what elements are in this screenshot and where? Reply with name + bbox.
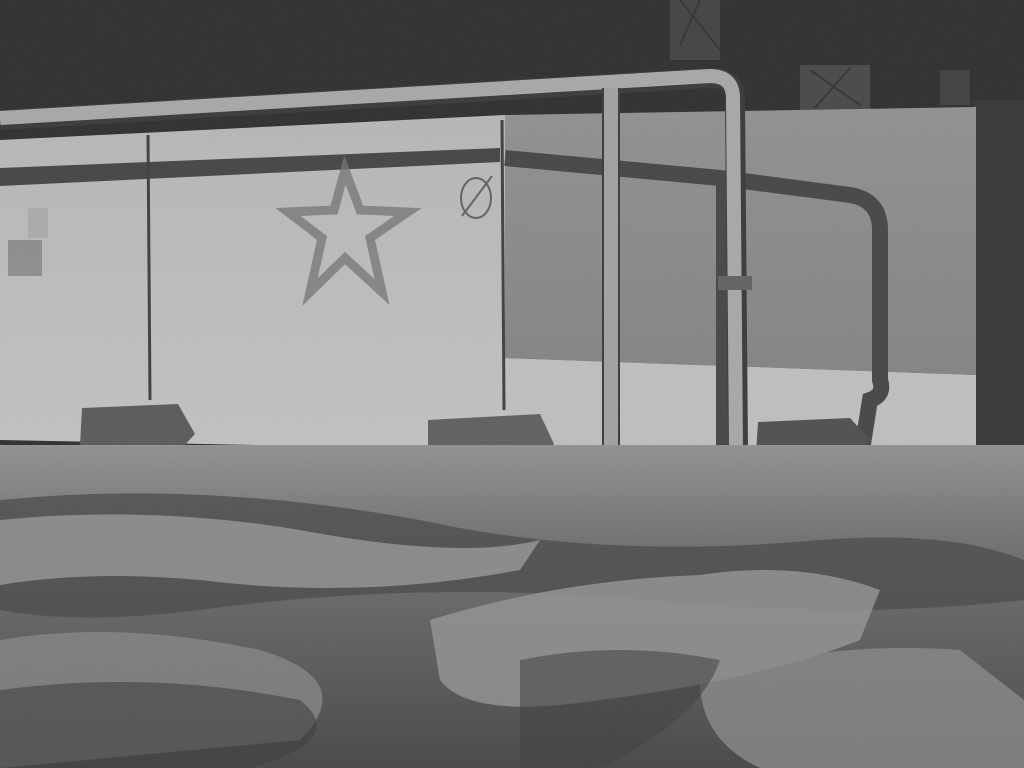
- photo-canvas: [0, 0, 1024, 768]
- film-grain: [0, 0, 1024, 768]
- photograph: [0, 0, 1024, 768]
